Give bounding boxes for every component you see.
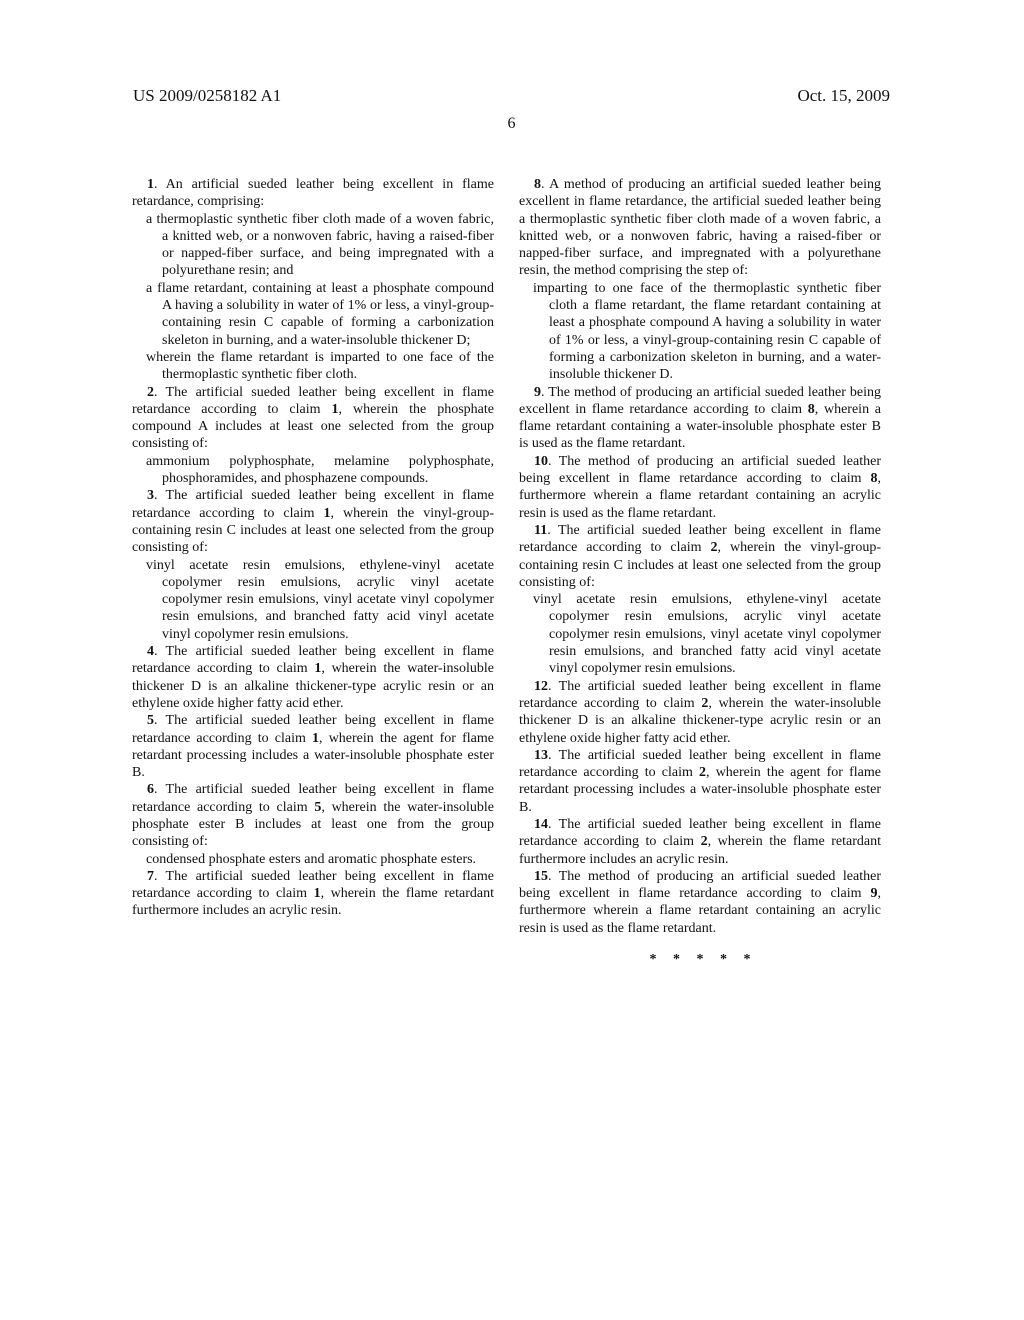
claim-3-preamble: 3. The artificial sueded leather being e…: [132, 487, 494, 556]
page-number: 6: [133, 114, 890, 133]
end-of-claims-marks: * * * * *: [519, 951, 881, 968]
claim-7: 7. The artificial sueded leather being e…: [132, 868, 494, 920]
claim-11-list: vinyl acetate resin emulsions, ethylene-…: [519, 591, 881, 677]
claim-14: 14. The artificial sueded leather being …: [519, 816, 881, 868]
claim-6-list: condensed phosphate esters and aromatic …: [132, 851, 494, 868]
claim-13: 13. The artificial sueded leather being …: [519, 747, 881, 816]
claim-12: 12. The artificial sueded leather being …: [519, 678, 881, 747]
page-header: US 2009/0258182 A1 Oct. 15, 2009: [133, 86, 890, 106]
claim-5: 5. The artificial sueded leather being e…: [132, 712, 494, 781]
claim-2-preamble: 2. The artificial sueded leather being e…: [132, 384, 494, 453]
claim-8-preamble: 8. A method of producing an artificial s…: [519, 176, 881, 280]
claim-6-preamble: 6. The artificial sueded leather being e…: [132, 781, 494, 850]
claim-8-step: imparting to one face of the thermoplast…: [519, 280, 881, 384]
patent-page: US 2009/0258182 A1 Oct. 15, 2009 6 1. An…: [0, 0, 1024, 1320]
publication-number: US 2009/0258182 A1: [133, 86, 281, 106]
claim-1-element-retardant: a flame retardant, containing at least a…: [132, 280, 494, 349]
claim-11-preamble: 11. The artificial sueded leather being …: [519, 522, 881, 591]
claim-1-element-cloth: a thermoplastic synthetic fiber cloth ma…: [132, 211, 494, 280]
claim-1-wherein: wherein the flame retardant is imparted …: [132, 349, 494, 384]
claim-3-list: vinyl acetate resin emulsions, ethylene-…: [132, 557, 494, 643]
claim-15: 15. The method of producing an artificia…: [519, 868, 881, 937]
claim-10: 10. The method of producing an artificia…: [519, 453, 881, 522]
claims-column-right: 8. A method of producing an artificial s…: [519, 176, 881, 968]
claim-1-preamble: 1. An artificial sueded leather being ex…: [132, 176, 494, 211]
claims-column-left: 1. An artificial sueded leather being ex…: [132, 176, 494, 920]
claim-9: 9. The method of producing an artificial…: [519, 384, 881, 453]
claim-2-list: ammonium polyphosphate, melamine polypho…: [132, 453, 494, 488]
claim-4: 4. The artificial sueded leather being e…: [132, 643, 494, 712]
publication-date: Oct. 15, 2009: [797, 86, 890, 106]
